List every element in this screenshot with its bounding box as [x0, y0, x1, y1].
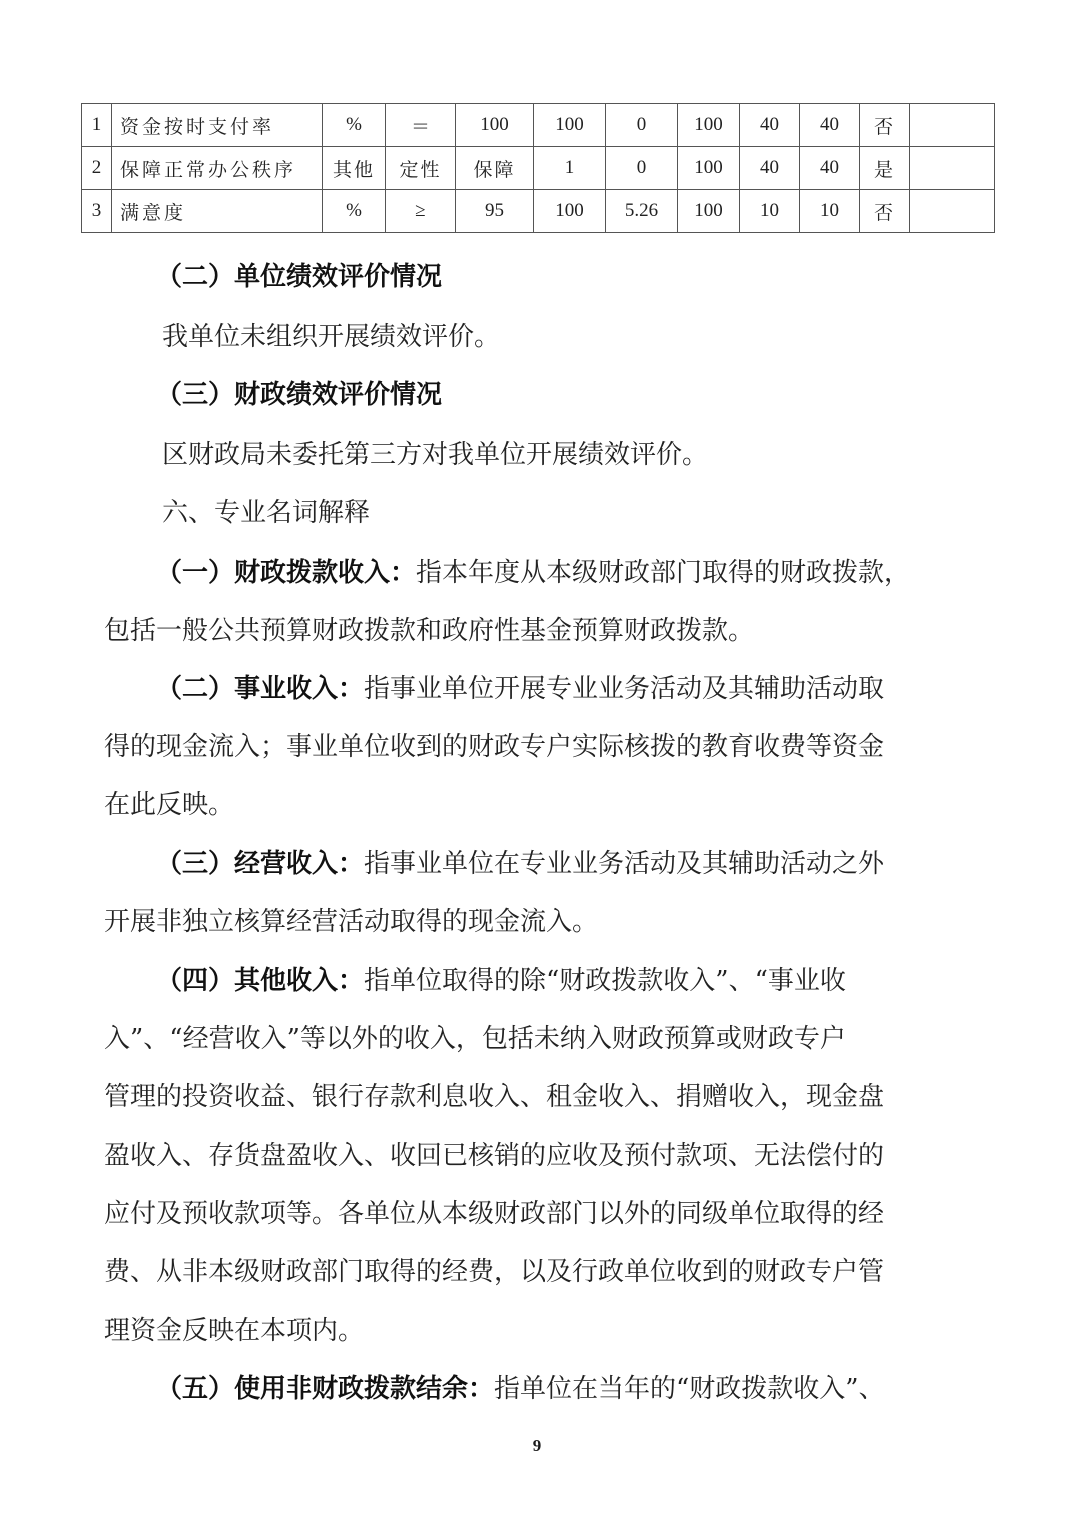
- glossary-term: （四）其他收入：: [156, 966, 364, 996]
- glossary-text: 指事业单位在专业业务活动及其辅助活动之外: [364, 849, 884, 879]
- glossary-heading: 六、专业名词解释: [162, 498, 370, 528]
- page-number: 9: [0, 1436, 1074, 1456]
- glossary-text: 指本年度从本级财政部门取得的财政拨款，: [416, 558, 910, 588]
- deviation: 5.26: [606, 190, 678, 233]
- table-row: 1 资金按时支付率 % ＝ 100 100 0 100 40 40 否: [82, 104, 995, 147]
- score: 40: [800, 104, 860, 147]
- weight: 10: [740, 190, 800, 233]
- unit: %: [323, 190, 386, 233]
- score: 40: [800, 147, 860, 190]
- row-number: 3: [82, 190, 112, 233]
- completion: 100: [678, 190, 740, 233]
- glossary-text: 指单位在当年的“财政拨款收入”、: [494, 1374, 885, 1404]
- weight: 40: [740, 104, 800, 147]
- glossary-item-5: （五）使用非财政拨款结余：指单位在当年的“财政拨款收入”、: [156, 1374, 885, 1404]
- glossary-text-line: 包括一般公共预算财政拨款和政府性基金预算财政拨款。: [104, 616, 754, 646]
- operator: 定性: [386, 147, 456, 190]
- completion: 100: [678, 147, 740, 190]
- section-body-finance-eval: 区财政局未委托第三方对我单位开展绩效评价。: [162, 440, 708, 470]
- glossary-item-4: （四）其他收入：指单位取得的除“财政拨款收入”、“事业收: [156, 966, 846, 996]
- glossary-text: 指事业单位开展专业业务活动及其辅助活动取: [364, 674, 884, 704]
- glossary-text: 指单位取得的除“财政拨款收入”、“事业收: [364, 966, 846, 996]
- glossary-term: （三）经营收入：: [156, 849, 364, 879]
- glossary-text-line: 得的现金流入；事业单位收到的财政专户实际核拨的教育收费等资金: [104, 732, 884, 762]
- document-page: 1 资金按时支付率 % ＝ 100 100 0 100 40 40 否 2 保障…: [0, 0, 1074, 1520]
- flag: 否: [860, 104, 910, 147]
- actual-value: 100: [534, 104, 606, 147]
- glossary-text-line: 开展非独立核算经营活动取得的现金流入。: [104, 907, 598, 937]
- note: [910, 147, 995, 190]
- operator: ＝: [386, 104, 456, 147]
- flag: 是: [860, 147, 910, 190]
- glossary-item-1: （一）财政拨款收入：指本年度从本级财政部门取得的财政拨款，: [156, 558, 974, 588]
- glossary-text-line: 盈收入、存货盘盈收入、收回已核销的应收及预付款项、无法偿付的: [104, 1141, 884, 1171]
- actual-value: 100: [534, 190, 606, 233]
- section-heading-finance-eval: （三）财政绩效评价情况: [156, 380, 442, 410]
- deviation: 0: [606, 104, 678, 147]
- operator: ≥: [386, 190, 456, 233]
- glossary-item-3: （三）经营收入：指事业单位在专业业务活动及其辅助活动之外: [156, 849, 884, 879]
- table-row: 3 满意度 % ≥ 95 100 5.26 100 10 10 否: [82, 190, 995, 233]
- glossary-text-line: 应付及预收款项等。各单位从本级财政部门以外的同级单位取得的经: [104, 1199, 884, 1229]
- note: [910, 190, 995, 233]
- flag: 否: [860, 190, 910, 233]
- actual-value: 1: [534, 147, 606, 190]
- completion: 100: [678, 104, 740, 147]
- score: 10: [800, 190, 860, 233]
- glossary-text-line: 入”、“经营收入”等以外的收入，包括未纳入财政预算或财政专户: [104, 1024, 846, 1054]
- glossary-text-line: 理资金反映在本项内。: [104, 1316, 364, 1346]
- section-heading-unit-eval: （二）单位绩效评价情况: [156, 262, 442, 292]
- glossary-text-line: 管理的投资收益、银行存款利息收入、租金收入、捐赠收入，现金盘: [104, 1082, 884, 1112]
- weight: 40: [740, 147, 800, 190]
- indicator-name: 资金按时支付率: [112, 104, 323, 147]
- target-value: 95: [456, 190, 534, 233]
- deviation: 0: [606, 147, 678, 190]
- section-body-unit-eval: 我单位未组织开展绩效评价。: [162, 322, 500, 352]
- glossary-item-2: （二）事业收入：指事业单位开展专业业务活动及其辅助活动取: [156, 674, 884, 704]
- target-value: 100: [456, 104, 534, 147]
- table-row: 2 保障正常办公秩序 其他 定性 保障 1 0 100 40 40 是: [82, 147, 995, 190]
- note: [910, 104, 995, 147]
- glossary-text-line: 在此反映。: [104, 790, 234, 820]
- glossary-text-line: 费、从非本级财政部门取得的经费，以及行政单位收到的财政专户管: [104, 1257, 884, 1287]
- indicator-name: 满意度: [112, 190, 323, 233]
- unit: %: [323, 104, 386, 147]
- row-number: 1: [82, 104, 112, 147]
- performance-indicator-table: 1 资金按时支付率 % ＝ 100 100 0 100 40 40 否 2 保障…: [81, 103, 995, 233]
- glossary-term: （二）事业收入：: [156, 674, 364, 704]
- row-number: 2: [82, 147, 112, 190]
- unit: 其他: [323, 147, 386, 190]
- target-value: 保障: [456, 147, 534, 190]
- glossary-term: （五）使用非财政拨款结余：: [156, 1374, 494, 1404]
- indicator-name: 保障正常办公秩序: [112, 147, 323, 190]
- glossary-term: （一）财政拨款收入：: [156, 558, 416, 588]
